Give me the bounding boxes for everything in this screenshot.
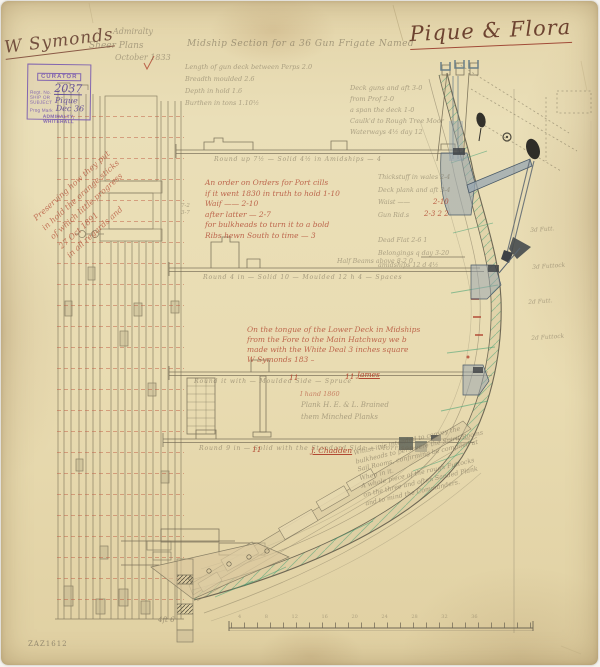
waist-red-value: 2-10 (433, 198, 449, 207)
upper-deck-label: Round up 7½ — Solid 4½ in Amidships — 4 (214, 156, 382, 164)
center-pencil-note: Plank H. E. & L. Brained them Minched Pl… (301, 400, 389, 423)
keel-dimension-note: 4ft 6 (158, 616, 175, 625)
plan-title: Midship Section for a 36 Gun Frigate Nam… (187, 39, 414, 51)
red-mark-11-b: 11 (345, 372, 355, 382)
lower-deck-red-note: On the tongue of the Lower Deck in Midsh… (247, 325, 420, 365)
zaz-reference-number: ZAZ1612 (28, 640, 68, 649)
gun-rids-red-value: 2-3 2 2 (424, 210, 449, 219)
half-beams-note: Half Beams above 8-2 0 (337, 258, 413, 266)
red-mark-11-a: 11 (289, 373, 299, 383)
admiralty-heading: Admiralty (113, 27, 153, 37)
aged-paper-sheet: W Symonds Admiralty Sheer Plans Midship … (1, 1, 598, 665)
red-mark-11-c: 11 (252, 445, 262, 455)
plan-type-label: Sheer Plans (89, 41, 144, 53)
hand-red-note: I hand 1860 (300, 390, 340, 398)
stamp-footer: ADMIRALTY, WHITEHALL (28, 115, 90, 126)
red-mark-name: J. Chadden (311, 446, 352, 456)
prog-mark-value: Dec 36 (56, 105, 84, 113)
curator-label: CURATOR (37, 73, 82, 82)
prog-mark-label: Prog Mark (30, 108, 53, 113)
regt-no-value: 2037 (54, 83, 82, 95)
port-cills-red-note: An order on Orders for Port cills if it … (205, 178, 340, 241)
ship-subject-label: SHIP OR SUBJECT (30, 95, 52, 105)
red-mark-james: James (357, 370, 380, 380)
deck-guns-note: Deck guns and aft 3-0 from Prof 2-0 a sp… (350, 83, 444, 138)
scale-bar-numbers: 4 8 12 16 20 24 28 32 36 (238, 614, 478, 621)
plan-date: October 1833 (115, 53, 171, 63)
curator-stamp: CURATOR Regt. No.2037 SHIP OR SUBJECTPiq… (27, 64, 92, 121)
lower-deck-label: Round it with — Moulded Side — Spruce (194, 378, 352, 386)
tiny-dimension-marks: 7-2 3-7 (181, 203, 190, 217)
main-deck-label: Round 4 in — Solid 10 — Moulded 12 h 4 —… (203, 274, 402, 282)
